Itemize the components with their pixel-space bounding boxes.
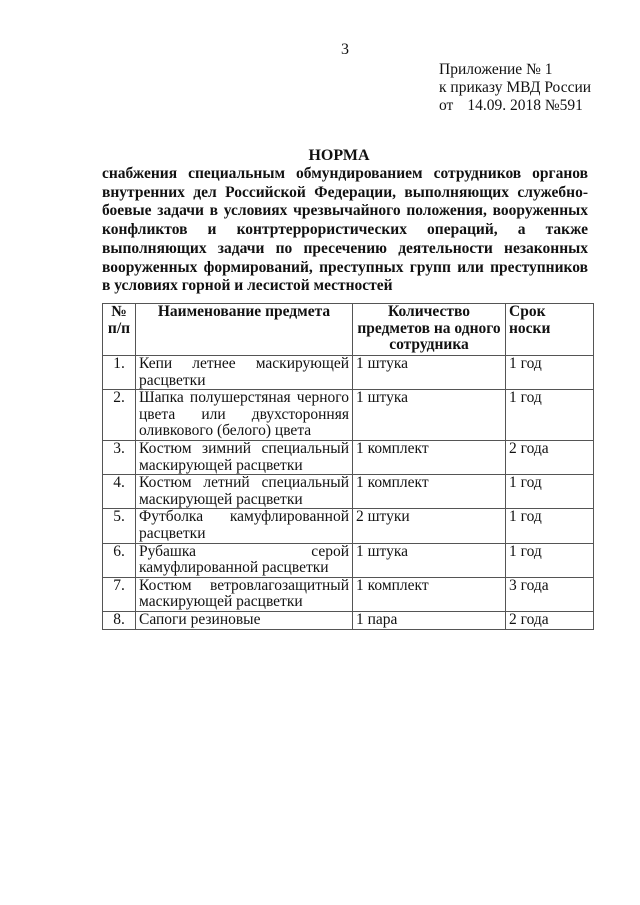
item-name: Костюм летний специальный маскирующей ра… xyxy=(136,475,353,509)
date-prefix: от xyxy=(439,97,453,114)
order-number: №591 xyxy=(545,97,583,114)
item-name: Сапоги резиновые xyxy=(136,611,353,629)
table-row: 8.Сапоги резиновые1 пара2 года xyxy=(103,611,594,629)
item-quantity: 1 штука xyxy=(353,543,506,577)
table-row: 7.Костюм ветровлагозащитный маскирующей … xyxy=(103,577,594,611)
order-date-line: от14.09. 2018 №591 xyxy=(439,97,591,115)
subtitle-line: внутренних дел Российской Федерации, вып… xyxy=(102,184,588,203)
item-name: Шапка полушерстяная черного цвета или дв… xyxy=(136,390,353,441)
row-number: 3. xyxy=(103,440,136,474)
item-name: Кепи летнее маскирующей расцветки xyxy=(136,356,353,390)
appendix-line: Приложение № 1 xyxy=(439,61,591,79)
item-quantity: 2 штуки xyxy=(353,509,506,543)
row-number: 6. xyxy=(103,543,136,577)
subtitle-line: выполняющих задачи по пресечению деятель… xyxy=(102,240,588,259)
column-header-number: №п/п xyxy=(103,304,136,356)
wear-term: 1 год xyxy=(506,509,594,543)
document-title: НОРМА xyxy=(0,147,640,165)
item-quantity: 1 комплект xyxy=(353,440,506,474)
wear-term: 1 год xyxy=(506,475,594,509)
column-header-quantity: Количество предметов на одного сотрудник… xyxy=(353,304,506,356)
supply-norm-table: №п/п Наименование предмета Количество пр… xyxy=(102,303,594,630)
item-name: Костюм зимний специальный маскирующей ра… xyxy=(136,440,353,474)
item-quantity: 1 пара xyxy=(353,611,506,629)
table-row: 5.Футболка камуфлированной расцветки2 шт… xyxy=(103,509,594,543)
wear-term: 1 год xyxy=(506,390,594,441)
row-number: 5. xyxy=(103,509,136,543)
row-number: 8. xyxy=(103,611,136,629)
item-quantity: 1 комплект xyxy=(353,475,506,509)
wear-term: 2 года xyxy=(506,611,594,629)
table-row: 4.Костюм летний специальный маскирующей … xyxy=(103,475,594,509)
column-header-wear-term: Срок носки xyxy=(506,304,594,356)
table-header-row: №п/п Наименование предмета Количество пр… xyxy=(103,304,594,356)
subtitle-line: вооруженных формирований, преступных гру… xyxy=(102,259,588,278)
subtitle-line: в условиях горной и лесистой местностей xyxy=(102,277,588,296)
appendix-block: Приложение № 1 к приказу МВД России от14… xyxy=(439,61,591,115)
table-row: 1.Кепи летнее маскирующей расцветки1 шту… xyxy=(103,356,594,390)
row-number: 1. xyxy=(103,356,136,390)
subtitle-line: конфликтов и контртеррористических опера… xyxy=(102,221,588,240)
subtitle-line: снабжения специальным обмундированием со… xyxy=(102,165,588,184)
wear-term: 2 года xyxy=(506,440,594,474)
item-quantity: 1 комплект xyxy=(353,577,506,611)
row-number: 4. xyxy=(103,475,136,509)
item-name: Рубашка серой камуфлированной расцветки xyxy=(136,543,353,577)
table-row: 2.Шапка полушерстяная черного цвета или … xyxy=(103,390,594,441)
row-number: 2. xyxy=(103,390,136,441)
column-header-item-name: Наименование предмета xyxy=(136,304,353,356)
subtitle-line: боевые задачи в условиях чрезвычайного п… xyxy=(102,202,588,221)
page-number: 3 xyxy=(341,41,349,59)
item-name: Костюм ветровлагозащитный маскирующей ра… xyxy=(136,577,353,611)
item-quantity: 1 штука xyxy=(353,390,506,441)
row-number: 7. xyxy=(103,577,136,611)
item-quantity: 1 штука xyxy=(353,356,506,390)
wear-term: 1 год xyxy=(506,356,594,390)
order-reference: к приказу МВД России xyxy=(439,79,591,97)
order-date: 14.09. 2018 xyxy=(467,97,541,114)
wear-term: 3 года xyxy=(506,577,594,611)
table-row: 6.Рубашка серой камуфлированной расцветк… xyxy=(103,543,594,577)
document-subtitle: снабжения специальным обмундированием со… xyxy=(102,165,588,296)
wear-term: 1 год xyxy=(506,543,594,577)
table-row: 3.Костюм зимний специальный маскирующей … xyxy=(103,440,594,474)
item-name: Футболка камуфлированной расцветки xyxy=(136,509,353,543)
